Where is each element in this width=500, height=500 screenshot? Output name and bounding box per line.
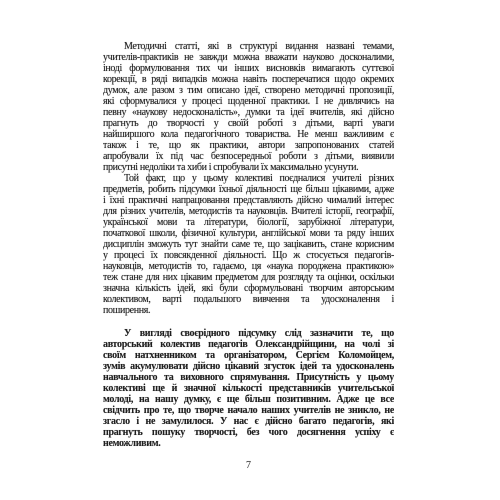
text-line: дисциплін зможуть тут знайти саме те, що…	[103, 239, 394, 250]
text-line: для різних учителів, методистів та науко…	[103, 206, 394, 217]
text-line: української мови та літератури, біології…	[103, 217, 394, 228]
text-line: присутні недоліки та хиби і спробували ї…	[103, 162, 394, 173]
paragraph-3-summary: У вигляді своєрідного підсумку слід зазн…	[103, 328, 394, 449]
text-line: найширшого кола педагогічного товариства…	[103, 129, 394, 140]
text-line: колективом, варті подальшого вивчення та…	[103, 294, 394, 305]
text-line: апробували їх під час безпосередньої роб…	[103, 151, 394, 162]
text-block: Методичні статті, які в структурі виданн…	[103, 41, 394, 449]
text-line: молоді, на нашу думку, є ще більш позити…	[103, 394, 394, 405]
text-line: прагнуть до творчості у своїй роботі з д…	[103, 118, 394, 129]
text-line: своїм натхненником та організатором, Сер…	[103, 350, 394, 361]
text-line: свідчить про те, що творче начало наших …	[103, 405, 394, 416]
page-number: 7	[103, 460, 394, 472]
text-line: також і те, що як практики, автори запро…	[103, 140, 394, 151]
text-line: учителів-практиків не завжди можна вважа…	[103, 52, 394, 63]
text-line: і їхні практичні напрацювання представля…	[103, 195, 394, 206]
text-line: у процесі їх повсякденної діяльності. Що…	[103, 250, 394, 261]
text-line: предметів, робить підсумки їхньої діяльн…	[103, 184, 394, 195]
text-line: навчального та виховного спрямування. Пр…	[103, 372, 394, 383]
text-line: думок, але разом з тим описано ідеї, ств…	[103, 85, 394, 96]
text-line: Методичні статті, які в структурі виданн…	[103, 41, 394, 52]
paragraph-1: Методичні статті, які в структурі виданн…	[103, 41, 394, 173]
text-line: корекції, в ряді випадків можна навіть п…	[103, 74, 394, 85]
text-line: науковців, методистів то, гадаємо, ця «н…	[103, 261, 394, 272]
text-line: певну «наукову недосконалість», думки та…	[103, 107, 394, 118]
text-line: прагнуть пошуку творчості, без чого дося…	[103, 427, 394, 438]
text-line: У вигляді своєрідного підсумку слід зазн…	[103, 328, 394, 339]
text-line: зумів акумулювати дійсно цікавий згусток…	[103, 361, 394, 372]
text-line: авторський колектив педагогів Олександрі…	[103, 339, 394, 350]
text-line: теж стане для них цікавим предметом для …	[103, 272, 394, 283]
text-line: які сформувалися у процесі щоденної прак…	[103, 96, 394, 107]
text-line: значна кількість ідей, які були сформуль…	[103, 283, 394, 294]
text-line: поширення.	[103, 305, 394, 316]
text-line: згасло і не замулилося. У нас є дійсно б…	[103, 416, 394, 427]
text-line: іноді формулювання тих чи інших висновкі…	[103, 63, 394, 74]
text-line: неможливим.	[103, 438, 394, 449]
paragraph-2: Той факт, що у цьому колективі поєдналис…	[103, 173, 394, 316]
text-line: Той факт, що у цьому колективі поєдналис…	[103, 173, 394, 184]
text-line: колективі ще й значної кількості предста…	[103, 383, 394, 394]
scanned-book-page: Методичні статті, які в структурі виданн…	[0, 0, 500, 500]
text-line: початкової школи, фізичної культури, анг…	[103, 228, 394, 239]
